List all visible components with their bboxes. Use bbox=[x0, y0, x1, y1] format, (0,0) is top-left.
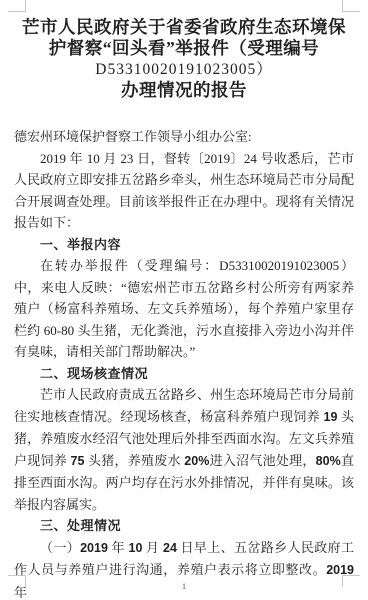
section-heading: 三、处理情况 bbox=[14, 515, 354, 537]
text-run: 2019 年 10 月 23 日，督转〔2019〕24 号收悉后，芒市人民政府立… bbox=[14, 151, 354, 231]
number-run: 75 bbox=[71, 454, 85, 468]
text-run: 年 bbox=[108, 540, 129, 555]
text-run: 在转办举报件（受理编号：D53310020191023005）中，来电人反映：“… bbox=[14, 258, 354, 359]
page-number: 1 bbox=[0, 582, 368, 591]
paragraph: 在转办举报件（受理编号：D53310020191023005）中，来电人反映：“… bbox=[14, 255, 354, 363]
paragraph: 2019 年 10 月 23 日，督转〔2019〕24 号收悉后，芒市人民政府立… bbox=[14, 148, 354, 234]
text-run: 芒市人民政府责成五岔路乡、州生态环境局芒市分局前往实地核查情况。经现场核查，杨富… bbox=[14, 387, 354, 424]
number-run: 80% bbox=[316, 454, 341, 468]
text-run: 一、举报内容 bbox=[40, 237, 121, 252]
text-run: 月 bbox=[142, 540, 163, 555]
document-content: 芒市人民政府关于省委省政府生态环境保护督察“回头看”举报件（受理编号D53310… bbox=[14, 0, 354, 600]
section-heading: 一、举报内容 bbox=[14, 234, 354, 256]
document-body: 2019 年 10 月 23 日，督转〔2019〕24 号收悉后，芒市人民政府立… bbox=[14, 148, 354, 600]
number-run: 2019 bbox=[80, 541, 108, 555]
title-line: D53310020191023005） bbox=[14, 59, 354, 80]
text-run: 头猪，养殖废水 bbox=[84, 453, 184, 468]
number-run: 2019 bbox=[326, 563, 354, 577]
number-run: 20% bbox=[184, 454, 209, 468]
section-heading: 二、现场核查情况 bbox=[14, 363, 354, 385]
title-line: 护督察“回头看”举报件（受理编号 bbox=[14, 38, 354, 59]
text-run: 二、现场核查情况 bbox=[40, 366, 148, 381]
number-run: 10 bbox=[129, 541, 143, 555]
salutation: 德宏州环境保护督察工作领导小组办公室: bbox=[14, 126, 354, 148]
number-run: 24 bbox=[163, 541, 177, 555]
text-run: （一） bbox=[40, 540, 80, 555]
text-run: 三、处理情况 bbox=[40, 518, 121, 533]
document-title: 芒市人民政府关于省委省政府生态环境保护督察“回头看”举报件（受理编号D53310… bbox=[14, 0, 354, 101]
document-page: 芒市人民政府关于省委省政府生态环境保护督察“回头看”举报件（受理编号D53310… bbox=[0, 0, 368, 600]
title-line: 办理情况的报告 bbox=[14, 80, 354, 101]
title-line: 芒市人民政府关于省委省政府生态环境保 bbox=[14, 17, 354, 38]
paragraph: 芒市人民政府责成五岔路乡、州生态环境局芒市分局前往实地核查情况。经现场核查，杨富… bbox=[14, 384, 354, 515]
number-run: 19 bbox=[324, 410, 338, 424]
text-run: 进入沼气池处理， bbox=[209, 453, 315, 468]
